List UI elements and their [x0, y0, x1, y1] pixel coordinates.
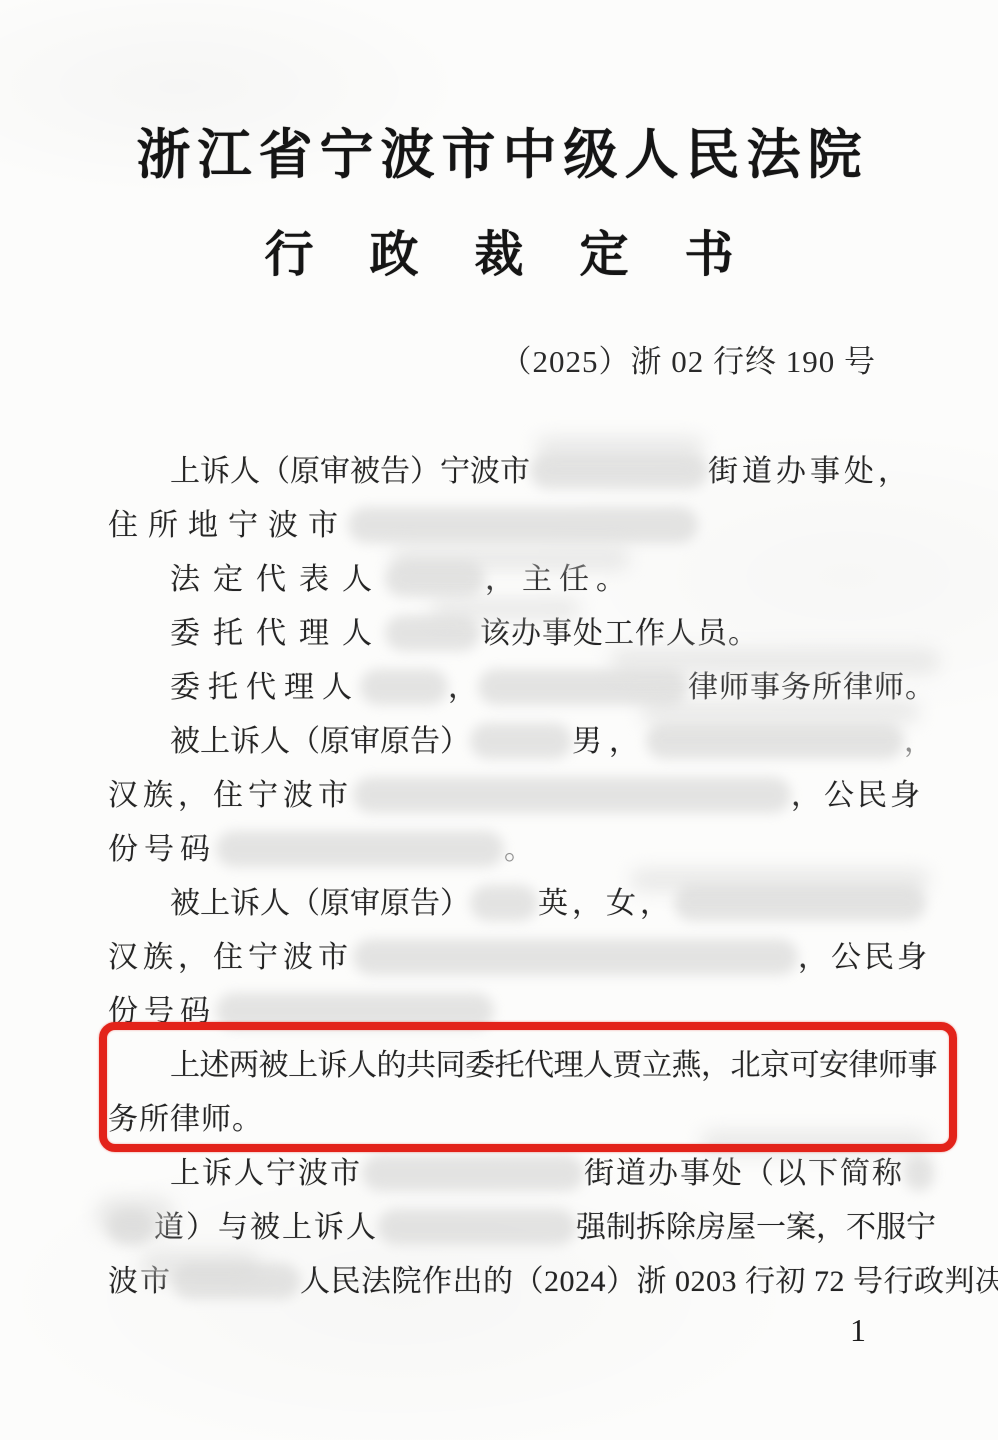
body-line: 份号码。 — [108, 828, 953, 882]
body-line: 上述两被上诉人的共同委托代理人贾立燕，北京可安律师事 — [108, 1044, 953, 1098]
text-segment: 男， — [572, 725, 646, 758]
redacted-text — [646, 723, 904, 759]
text-segment: 。 — [504, 833, 534, 866]
text-segment: 道）与被上诉人 — [154, 1211, 378, 1244]
text-segment: 该办事处工作人员。 — [480, 617, 759, 650]
text-segment: 委托代理人 — [170, 617, 385, 650]
redacted-text — [385, 615, 480, 651]
body-line: 务所律师。 — [108, 1098, 953, 1152]
text-segment: 律师事务所律师。 — [688, 671, 936, 704]
body-line: 住所地宁波市 — [108, 504, 953, 558]
redacted-text — [108, 1209, 154, 1245]
text-segment: 住所地宁波市 — [108, 509, 348, 542]
text-segment: 人民法院作出的（2024）浙 0203 行初 72 号行政判决， — [300, 1265, 998, 1298]
redacted-text — [172, 1263, 300, 1299]
text-segment: 份号码 — [108, 995, 216, 1028]
body-line: 道）与被上诉人强制拆除房屋一案，不服宁 — [108, 1206, 953, 1260]
redacted-text — [216, 831, 504, 867]
text-segment: 务所律师。 — [108, 1103, 263, 1136]
body-line: 汉族，住宁波市，公民身 — [108, 936, 953, 990]
text-segment: ，公民身 — [798, 941, 930, 974]
redacted-text — [353, 939, 798, 975]
page-number: 1 — [850, 1312, 866, 1349]
body-line: 委托代理人，律师事务所律师。 — [108, 666, 953, 720]
redacted-text — [904, 1155, 934, 1191]
case-number: （2025）浙 02 行终 190 号 — [501, 336, 877, 381]
text-segment: 法定代表人 — [170, 563, 385, 596]
text-segment: 委托代理人 — [170, 671, 360, 704]
redacted-text — [216, 993, 494, 1029]
redacted-text — [353, 777, 791, 813]
text-segment: 街道办事处， — [708, 455, 912, 488]
redacted-text — [478, 669, 688, 705]
body-line: 被上诉人（原审原告）男，， — [108, 720, 953, 774]
text-segment: 上述两被上诉人的共同委托代理人贾立燕，北京可安律师事 — [170, 1049, 937, 1082]
body-line: 上诉人（原审被告）宁波市街道办事处， — [108, 450, 953, 504]
text-segment: 汉族，住宁波市 — [108, 779, 353, 812]
text-segment: 上诉人（原审被告）宁波市 — [170, 455, 530, 488]
court-name: 浙江省宁波市中级人民法院 — [0, 112, 998, 189]
body-line: 波市人民法院作出的（2024）浙 0203 行初 72 号行政判决， — [108, 1260, 953, 1314]
text-segment: 街道办事处（以下简称 — [584, 1157, 904, 1190]
text-segment: 英，女， — [538, 887, 674, 920]
body-line: 份号码 — [108, 990, 953, 1044]
text-segment: 汉族，住宁波市 — [108, 941, 353, 974]
redacted-text — [348, 507, 698, 543]
text-segment: 上诉人宁波市 — [170, 1157, 362, 1190]
text-segment: 被上诉人（原审原告） — [170, 887, 470, 920]
body-line: 委托代理人该办事处工作人员。 — [108, 612, 953, 666]
text-segment: ， — [448, 671, 478, 704]
document-title: 行政裁定书 — [0, 216, 998, 286]
redacted-text — [378, 1209, 576, 1245]
redacted-text — [530, 453, 708, 489]
text-segment: ， — [904, 725, 934, 758]
text-segment: ，主任。 — [485, 563, 633, 596]
document-page: 浙江省宁波市中级人民法院 行政裁定书 （2025）浙 02 行终 190 号 上… — [0, 0, 998, 1440]
text-segment: 被上诉人（原审原告） — [170, 725, 470, 758]
text-segment: ，公民身 — [791, 779, 923, 812]
redacted-text — [470, 885, 538, 921]
redacted-text — [360, 669, 448, 705]
text-segment: 波市 — [108, 1265, 172, 1298]
body-line: 法定代表人，主任。 — [108, 558, 953, 612]
redacted-text — [385, 561, 485, 597]
redacted-text — [362, 1155, 584, 1191]
body-line: 汉族，住宁波市，公民身 — [108, 774, 953, 828]
text-segment: 强制拆除房屋一案，不服宁 — [576, 1211, 936, 1244]
body-line: 被上诉人（原审原告）英，女， — [108, 882, 953, 936]
text-segment: 份号码 — [108, 833, 216, 866]
body-text: 上诉人（原审被告）宁波市街道办事处，住所地宁波市法定代表人，主任。委托代理人该办… — [108, 450, 953, 1314]
redacted-text — [470, 723, 572, 759]
redacted-text — [674, 885, 926, 921]
body-line: 上诉人宁波市街道办事处（以下简称 — [108, 1152, 953, 1206]
